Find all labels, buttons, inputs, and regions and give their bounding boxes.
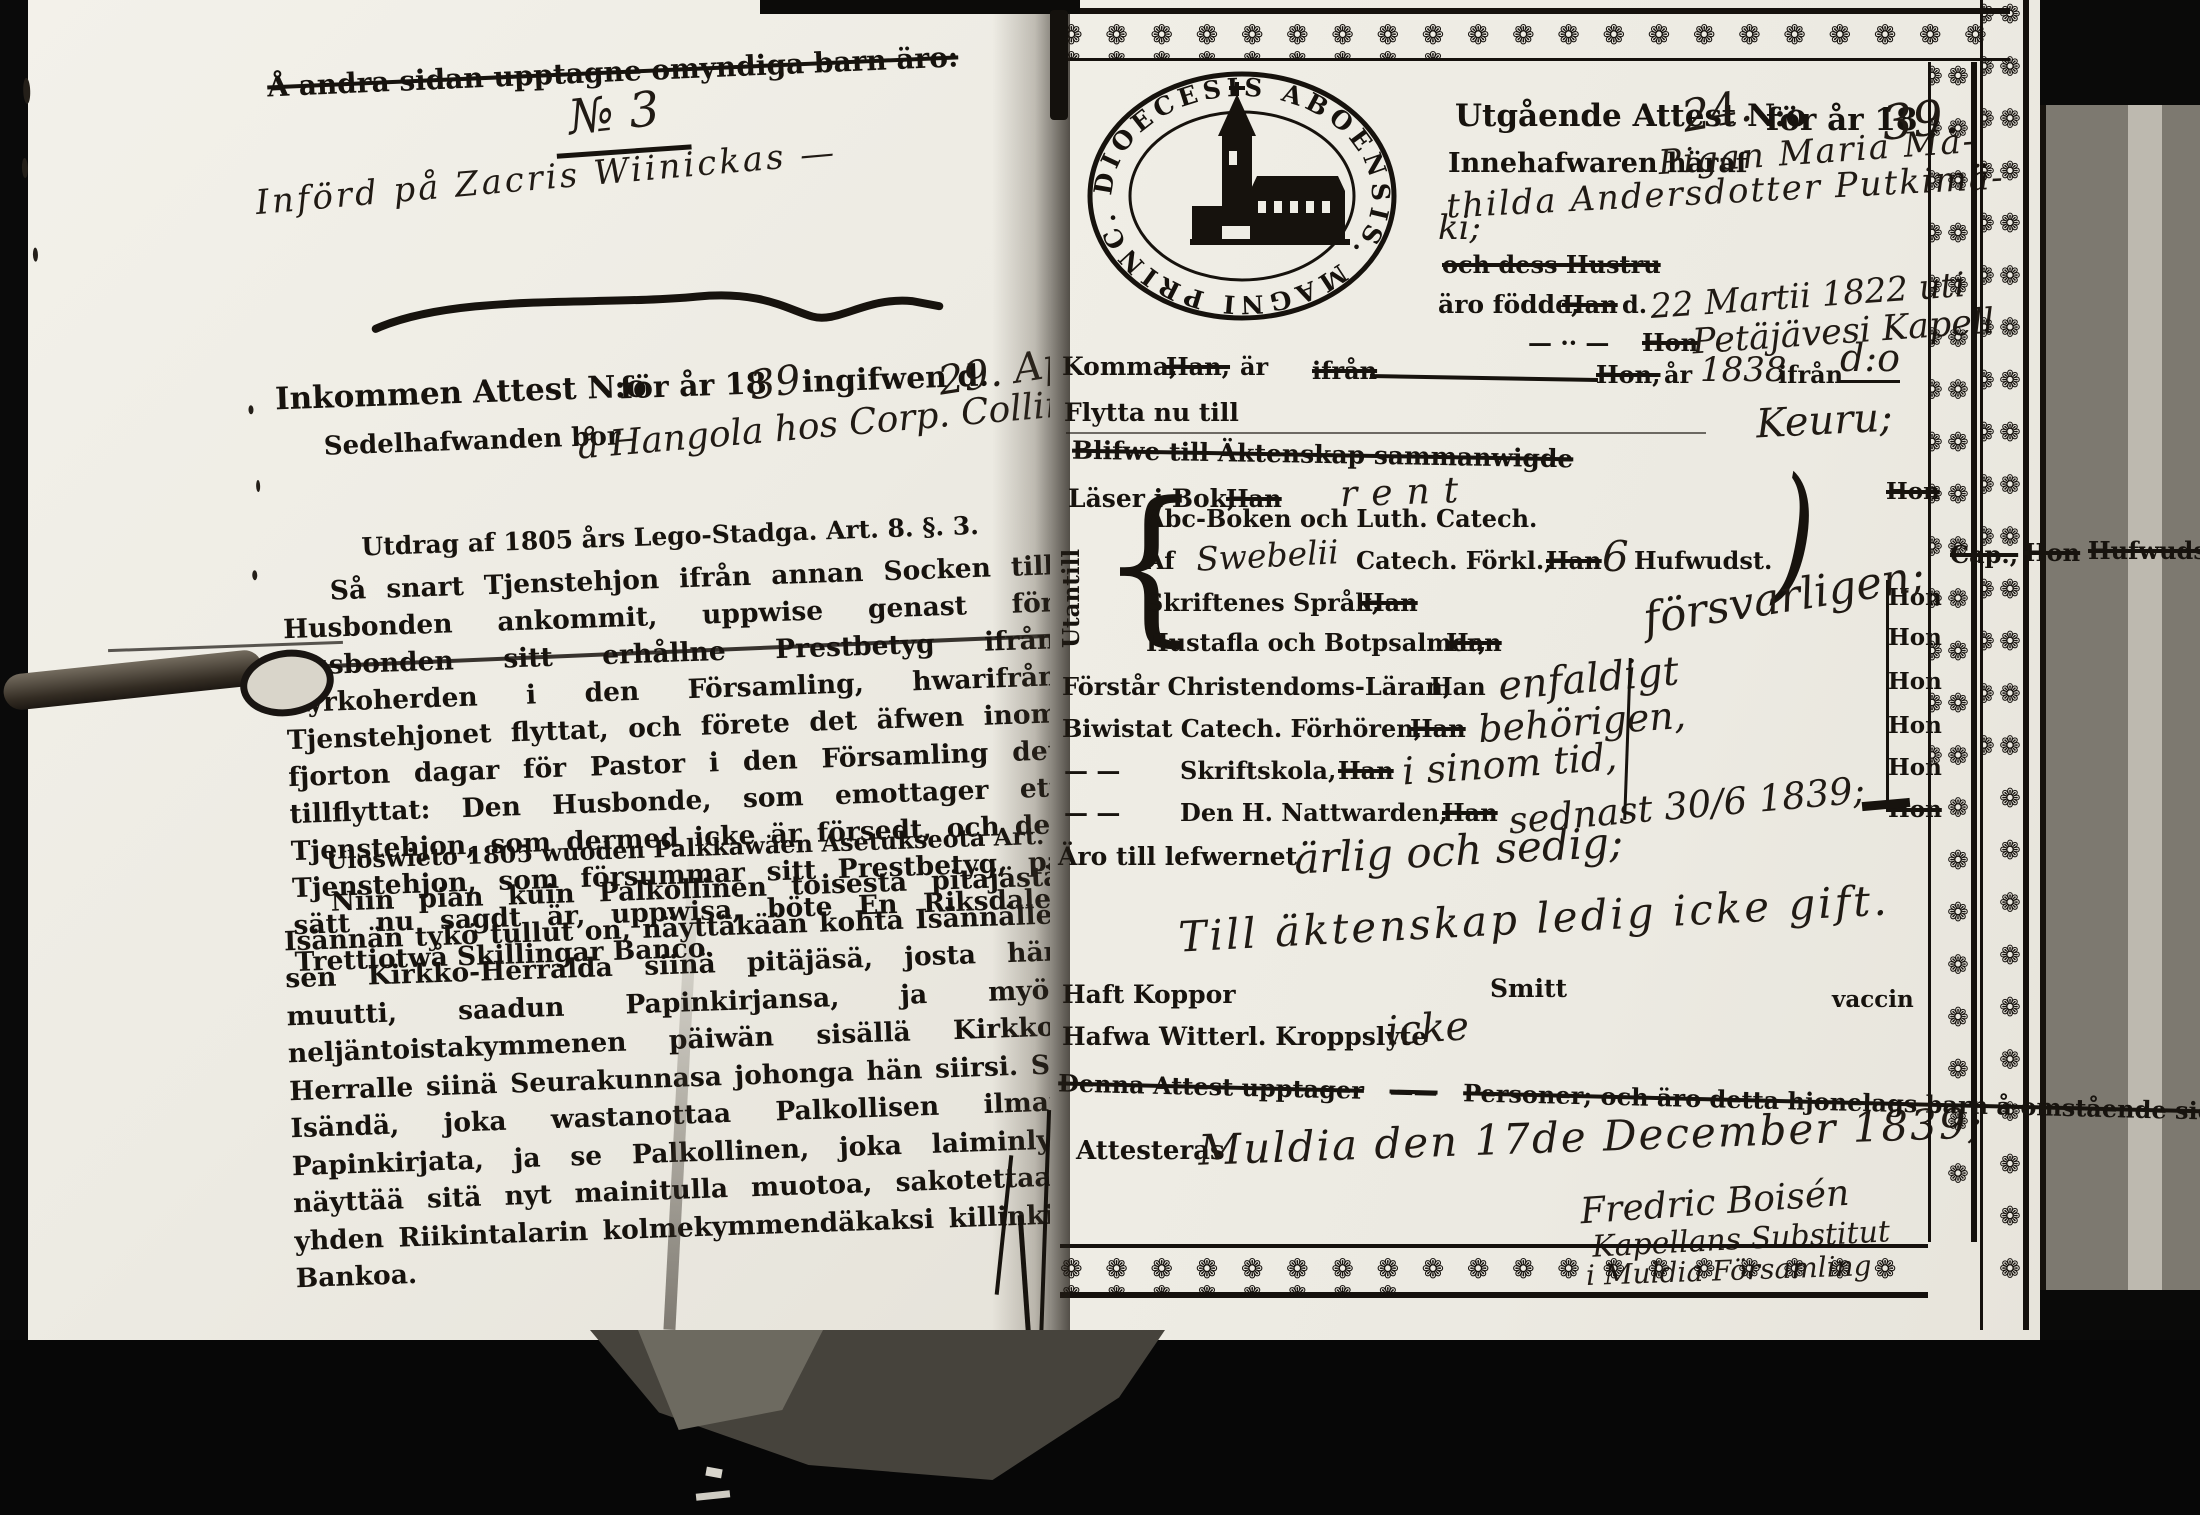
memory-row4-han-struck: Han: [1446, 628, 1502, 657]
memory-row3-han-struck: Han: [1362, 588, 1418, 617]
defect-label: Hafwa Witterl. Kroppslyte: [1062, 1022, 1427, 1051]
born-hon-struck: Hon: [1642, 328, 1698, 357]
diocese-seal: DIOECESIS ABOENSIS. MAGNI PRINC. FINL.: [1072, 56, 1412, 336]
conduct-label: Äro till lefwernet: [1058, 842, 1297, 871]
incoming-attest-label: Inkommen Attest N:o: [275, 368, 648, 417]
ink-speck: [252, 570, 257, 580]
incoming-year-hand: 39: [747, 357, 804, 410]
memory-row3: Skriftenes Språk,: [1146, 588, 1380, 617]
came-label: Komma,: [1062, 352, 1178, 381]
came-ifran2-label: ifrån: [1778, 360, 1843, 389]
corner-dark-top-right: [2036, 0, 2200, 105]
marriage-status-hand: Till äktenskap ledig icke gift.: [1177, 875, 1890, 961]
move-label: Flytta nu till: [1064, 398, 1239, 427]
pox-vaccin-label: vaccin: [1832, 986, 1914, 1013]
born-han-struck: Han: [1562, 290, 1618, 319]
conduct-hand: ärlig och sedig;: [1293, 817, 1624, 883]
school-hand: i sinom tid,: [1401, 735, 1619, 794]
record-number: № 3: [566, 81, 663, 146]
border-ornament-right-outer: ❁ ❁ ❁ ❁ ❁ ❁ ❁ ❁ ❁ ❁ ❁ ❁ ❁ ❁ ❁ ❁ ❁ ❁ ❁ ❁ …: [1980, 0, 2029, 1330]
came-ar-label: är: [1240, 352, 1268, 381]
came-year-hand: 1838: [1700, 350, 1787, 390]
born-label: äro födde,: [1438, 290, 1580, 319]
fold-dark-blotch: [1050, 10, 1068, 120]
struck-footer-part1: Denna Attest upptager: [1058, 1068, 1364, 1104]
ink-speck: [23, 78, 31, 104]
border-ornament-top: ❁ ❁ ❁ ❁ ❁ ❁ ❁ ❁ ❁ ❁ ❁ ❁ ❁ ❁ ❁ ❁ ❁ ❁ ❁ ❁ …: [1060, 8, 2010, 61]
memory-row2-mid: Catech. Förkl.,: [1356, 546, 1553, 575]
came-han-struck: Han,: [1166, 352, 1230, 381]
ink-speck: [22, 158, 29, 178]
communion-dash: — —: [1064, 798, 1120, 827]
struck-footer-dash: ——: [1389, 1076, 1438, 1106]
memory-row2-number-hand: 6: [1602, 532, 1629, 581]
move-rule-line: [1066, 432, 1706, 434]
attended-label: Biwistat Catech. Förhören,: [1062, 714, 1422, 743]
pox-smitt-label: Smitt: [1490, 974, 1567, 1003]
born-dash: — ·· —: [1528, 328, 1609, 357]
holder-name-line3: ki;: [1438, 208, 1481, 248]
defect-hand: icke: [1384, 1003, 1470, 1055]
came-ar2-label: år: [1664, 360, 1692, 389]
attended-han-struck: Han: [1410, 714, 1466, 743]
border-ornament-right-inner: ❁ ❁ ❁ ❁ ❁ ❁ ❁ ❁ ❁ ❁ ❁ ❁ ❁ ❁ ❁ ❁ ❁ ❁ ❁ ❁ …: [1928, 62, 1977, 1242]
memory-row2-af: Af: [1146, 546, 1175, 575]
memory-row4: Hustafla och Botpsalmer,: [1146, 628, 1486, 657]
came-hon-struck: Hon,: [1596, 360, 1661, 389]
border-ornament-bottom: ❁ ❁ ❁ ❁ ❁ ❁ ❁ ❁ ❁ ❁ ❁ ❁ ❁ ❁ ❁ ❁ ❁ ❁ ❁ ❁ …: [1060, 1244, 1928, 1298]
ink-speck: [33, 248, 38, 262]
struck-spouse-label: och dess Hustru: [1442, 250, 1661, 279]
memory-row2-huf: Hufwudst.: [1634, 546, 1772, 575]
school-han-struck: Han: [1338, 756, 1394, 785]
came-ifran-struck: ifrån: [1312, 356, 1377, 385]
understands-label: Förstår Christendoms-Läran,: [1062, 672, 1451, 701]
memory-row2-han-struck: Han: [1546, 546, 1602, 575]
memory-row2-author-hand: Swebelii: [1195, 532, 1340, 578]
communion-han-struck: Han: [1442, 798, 1498, 827]
overflow-huf-struck: Hufwudst.: [2088, 536, 2200, 565]
memory-row1: Abc-Boken och Luth. Catech.: [1146, 504, 1537, 533]
overflow-hon-struck: Hon: [2024, 538, 2080, 567]
ink-speck: [256, 480, 260, 492]
understands-han: Han: [1430, 672, 1486, 701]
page-gutter-shadow: [992, 0, 1070, 1345]
left-page: Å andra sidan upptagne omyndiga barn äro…: [28, 0, 1068, 1345]
came-ditto-hand: d:o: [1840, 336, 1900, 383]
came-strike-line: [1370, 374, 1598, 382]
school-label: Skriftskola,: [1180, 756, 1336, 785]
school-dash: — —: [1064, 756, 1120, 785]
right-page-form: ❁ ❁ ❁ ❁ ❁ ❁ ❁ ❁ ❁ ❁ ❁ ❁ ❁ ❁ ❁ ❁ ❁ ❁ ❁ ❁ …: [1050, 0, 2040, 1342]
adjacent-page-edge: [2036, 0, 2200, 1515]
ink-speck: [248, 405, 253, 414]
adjacent-page-light-band: [2128, 0, 2162, 1515]
top-edge-dark-strip: [760, 0, 1080, 14]
hand-vertical-stroke-hon: [1886, 580, 1889, 812]
archival-scan: { "ornament": { "glyph": "❁" }, "left_pa…: [0, 0, 2200, 1515]
incoming-year-printed: för år 18: [619, 366, 767, 406]
inscription-note: Införd på Zacris Wiinickas —: [254, 132, 839, 223]
ink-flourish: [366, 264, 948, 354]
came-place-hand: Keuru;: [1755, 394, 1894, 447]
communion-label: Den H. Nattwarden,: [1180, 798, 1448, 827]
born-d-label: d.: [1622, 290, 1647, 319]
overflow-cap1-struck: Cap.,: [1950, 540, 2018, 569]
pox-label: Haft Koppor: [1062, 980, 1236, 1009]
